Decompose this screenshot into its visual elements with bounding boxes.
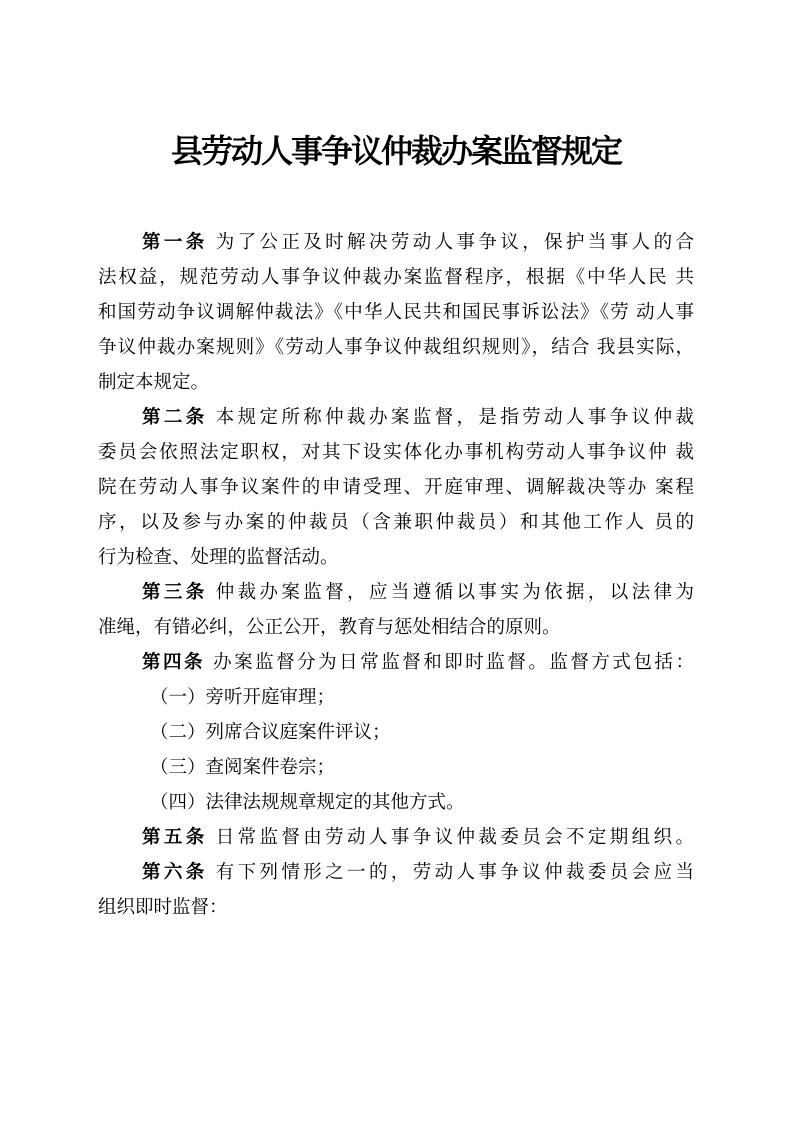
document-line: 第二条本规定所称仲裁办案监督，是指劳动人事争议仲裁 — [98, 399, 694, 434]
line-text: 争议仲裁办案规则》《劳动人事争议仲裁组织规则》，结合 我县实际， — [98, 336, 694, 357]
article-label: 第三条 — [142, 581, 208, 602]
document-line: 法权益，规范劳动人事争议仲裁办案监督程序，根据《中华人民 共 — [98, 259, 694, 294]
line-text: 准绳，有错必纠，公正公开，教育与惩处相结合的原则。 — [98, 616, 561, 637]
document-line: 第一条为了公正及时解决劳动人事争议，保护当事人的合 — [98, 224, 694, 259]
line-text: 办案监督分为日常监督和即时监督。监督方式包括： — [213, 651, 694, 672]
document-line: 第五条日常监督由劳动人事争议仲裁委员会不定期组织。 — [98, 819, 694, 854]
line-text: 法权益，规范劳动人事争议仲裁办案监督程序，根据《中华人民 共 — [98, 266, 694, 287]
document-list-item: （三）查阅案件卷宗； — [98, 749, 694, 784]
line-text: 行为检查、处理的监督活动。 — [98, 546, 339, 567]
document-list-item: （一）旁听开庭审理； — [98, 679, 694, 714]
document-body: 第一条为了公正及时解决劳动人事争议，保护当事人的合 法权益，规范劳动人事争议仲裁… — [98, 224, 694, 924]
document-line: 组织即时监督： — [98, 889, 694, 924]
line-text: 组织即时监督： — [98, 896, 228, 917]
line-text: 序，以及参与办案的仲裁员（含兼职仲裁员）和其他工作人 员的 — [98, 511, 694, 532]
line-text: 仲裁办案监督，应当遵循以事实为依据，以法律为 — [216, 581, 694, 602]
line-text: （四）法律法规规章规定的其他方式。 — [150, 791, 465, 812]
document-line: 和国劳动争议调解仲裁法》《中华人民共和国民事诉讼法》《劳 动人事 — [98, 294, 694, 329]
line-text: 和国劳动争议调解仲裁法》《中华人民共和国民事诉讼法》《劳 动人事 — [98, 301, 694, 322]
article-label: 第四条 — [142, 651, 205, 672]
line-text: （一）旁听开庭审理； — [150, 686, 335, 707]
document-list-item: （二）列席合议庭案件评议； — [98, 714, 694, 749]
document-line: 争议仲裁办案规则》《劳动人事争议仲裁组织规则》，结合 我县实际， — [98, 329, 694, 364]
article-label: 第六条 — [142, 861, 208, 882]
line-text: 为了公正及时解决劳动人事争议，保护当事人的合 — [216, 231, 694, 252]
document-page: 县劳动人事争议仲裁办案监督规定 第一条为了公正及时解决劳动人事争议，保护当事人的… — [0, 0, 794, 1122]
document-title: 县劳动人事争议仲裁办案监督规定 — [98, 128, 694, 174]
document-line: 第四条办案监督分为日常监督和即时监督。监督方式包括： — [98, 644, 694, 679]
line-text: 有下列情形之一的，劳动人事争议仲裁委员会应当 — [216, 861, 694, 882]
article-label: 第一条 — [142, 231, 208, 252]
document-line: 制定本规定。 — [98, 364, 694, 399]
line-text: 日常监督由劳动人事争议仲裁委员会不定期组织。 — [216, 826, 694, 847]
line-text: （二）列席合议庭案件评议； — [150, 721, 391, 742]
document-list-item: （四）法律法规规章规定的其他方式。 — [98, 784, 694, 819]
article-label: 第五条 — [142, 826, 208, 847]
line-text: （三）查阅案件卷宗； — [150, 756, 335, 777]
article-label: 第二条 — [142, 406, 208, 427]
document-line: 第三条仲裁办案监督，应当遵循以事实为依据，以法律为 — [98, 574, 694, 609]
document-line: 委员会依照法定职权，对其下设实体化办事机构劳动人事争议仲 裁 — [98, 434, 694, 469]
document-line: 第六条有下列情形之一的，劳动人事争议仲裁委员会应当 — [98, 854, 694, 889]
document-line: 序，以及参与办案的仲裁员（含兼职仲裁员）和其他工作人 员的 — [98, 504, 694, 539]
line-text: 院在劳动人事争议案件的申请受理、开庭审理、调解裁决等办 案程 — [98, 476, 694, 497]
line-text: 本规定所称仲裁办案监督，是指劳动人事争议仲裁 — [216, 406, 694, 427]
line-text: 制定本规定。 — [98, 371, 209, 392]
document-line: 行为检查、处理的监督活动。 — [98, 539, 694, 574]
line-text: 委员会依照法定职权，对其下设实体化办事机构劳动人事争议仲 裁 — [98, 441, 694, 462]
document-line: 院在劳动人事争议案件的申请受理、开庭审理、调解裁决等办 案程 — [98, 469, 694, 504]
document-content: 县劳动人事争议仲裁办案监督规定 第一条为了公正及时解决劳动人事争议，保护当事人的… — [0, 128, 794, 924]
document-line: 准绳，有错必纠，公正公开，教育与惩处相结合的原则。 — [98, 609, 694, 644]
